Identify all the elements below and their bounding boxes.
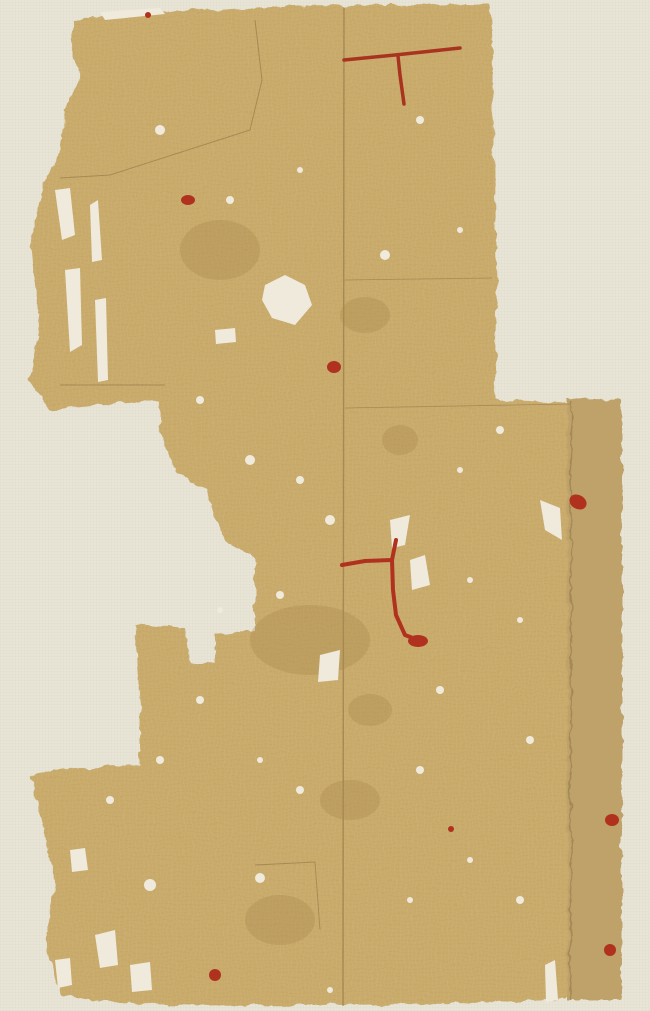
photo-canvas: Fragment of ancient linen textile with r… [0, 0, 650, 1011]
textile-fragment [0, 0, 650, 1011]
